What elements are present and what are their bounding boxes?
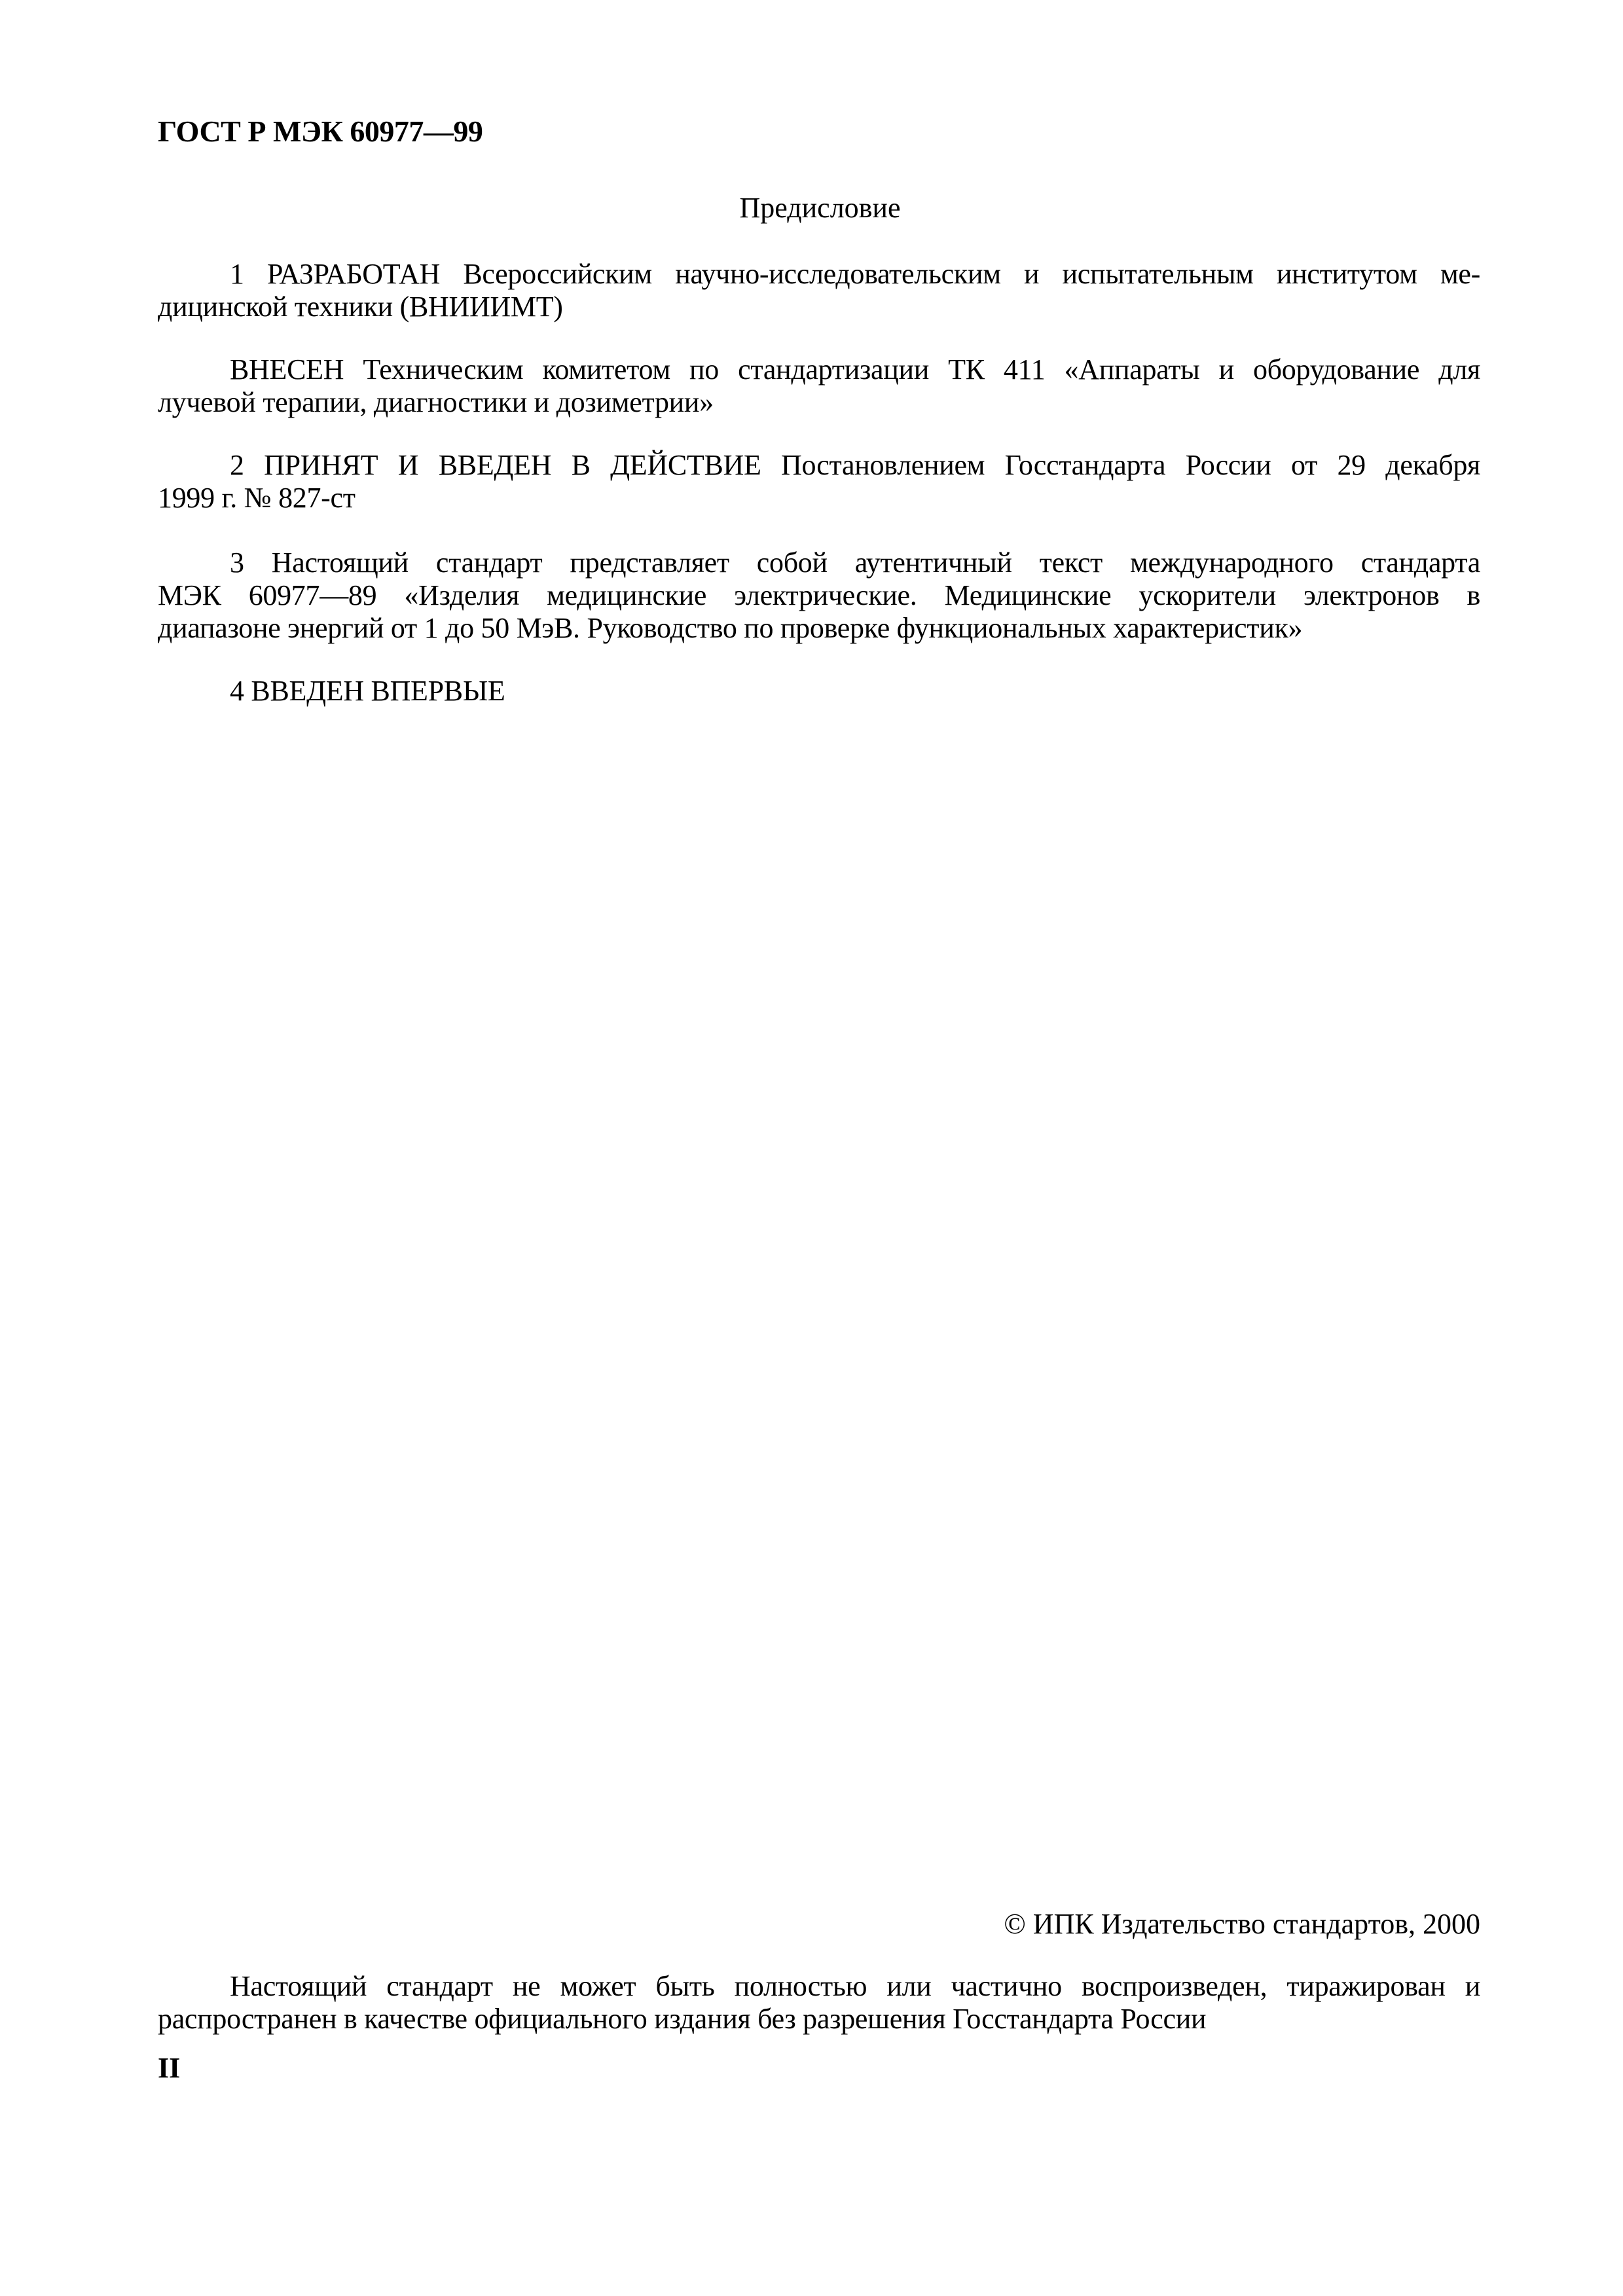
paragraph-adopted: 2 ПРИНЯТ И ВВЕДЕН В ДЕЙСТВИЕ Постановлен… [158,449,1480,514]
paragraph-line: Настоящий стандарт не может быть полност… [158,1970,1480,2003]
paragraph-line: распространен в качестве официального из… [158,2003,1480,2036]
paragraph-line: ВНЕСЕН Техническим комитетом по стандарт… [158,353,1480,386]
copyright-notice: © ИПК Издательство стандартов, 2000 [1004,1907,1480,1941]
page-number: II [158,2051,180,2085]
paragraph-developed-by: 1 РАЗРАБОТАН Всероссийским научно-исслед… [158,258,1480,323]
paragraph-line: диапазоне энергий от 1 до 50 МэВ. Руково… [158,612,1480,645]
section-title-text: Предисловие [740,191,901,224]
paragraph-authentic-text: 3 Настоящий стандарт представляет собой … [158,547,1480,645]
paragraph-line: 2 ПРИНЯТ И ВВЕДЕН В ДЕЙСТВИЕ Постановлен… [158,449,1480,482]
paragraph-line: 1999 г. № 827-ст [158,482,1480,514]
paragraph-line: 3 Настоящий стандарт представляет собой … [158,547,1480,579]
paragraph-line: дицинской техники (ВНИИИМТ) [158,291,1480,323]
paragraph-line: 1 РАЗРАБОТАН Всероссийским научно-исслед… [158,258,1480,291]
document-page: ГОСТ Р МЭК 60977—99 Предисловие 1 РАЗРАБ… [0,0,1623,2296]
section-title: Предисловие [0,191,1623,224]
document-header: ГОСТ Р МЭК 60977—99 [158,114,483,149]
paragraph-introduced-by: ВНЕСЕН Техническим комитетом по стандарт… [158,353,1480,419]
paragraph-line: лучевой терапии, диагностики и дозиметри… [158,386,1480,419]
paragraph-first-introduced: 4 ВВЕДЕН ВПЕРВЫЕ [158,675,1480,708]
reproduction-notice: Настоящий стандарт не может быть полност… [158,1970,1480,2036]
paragraph-line: 4 ВВЕДЕН ВПЕРВЫЕ [158,675,1480,708]
paragraph-line: МЭК 60977—89 «Изделия медицинские электр… [158,579,1480,612]
